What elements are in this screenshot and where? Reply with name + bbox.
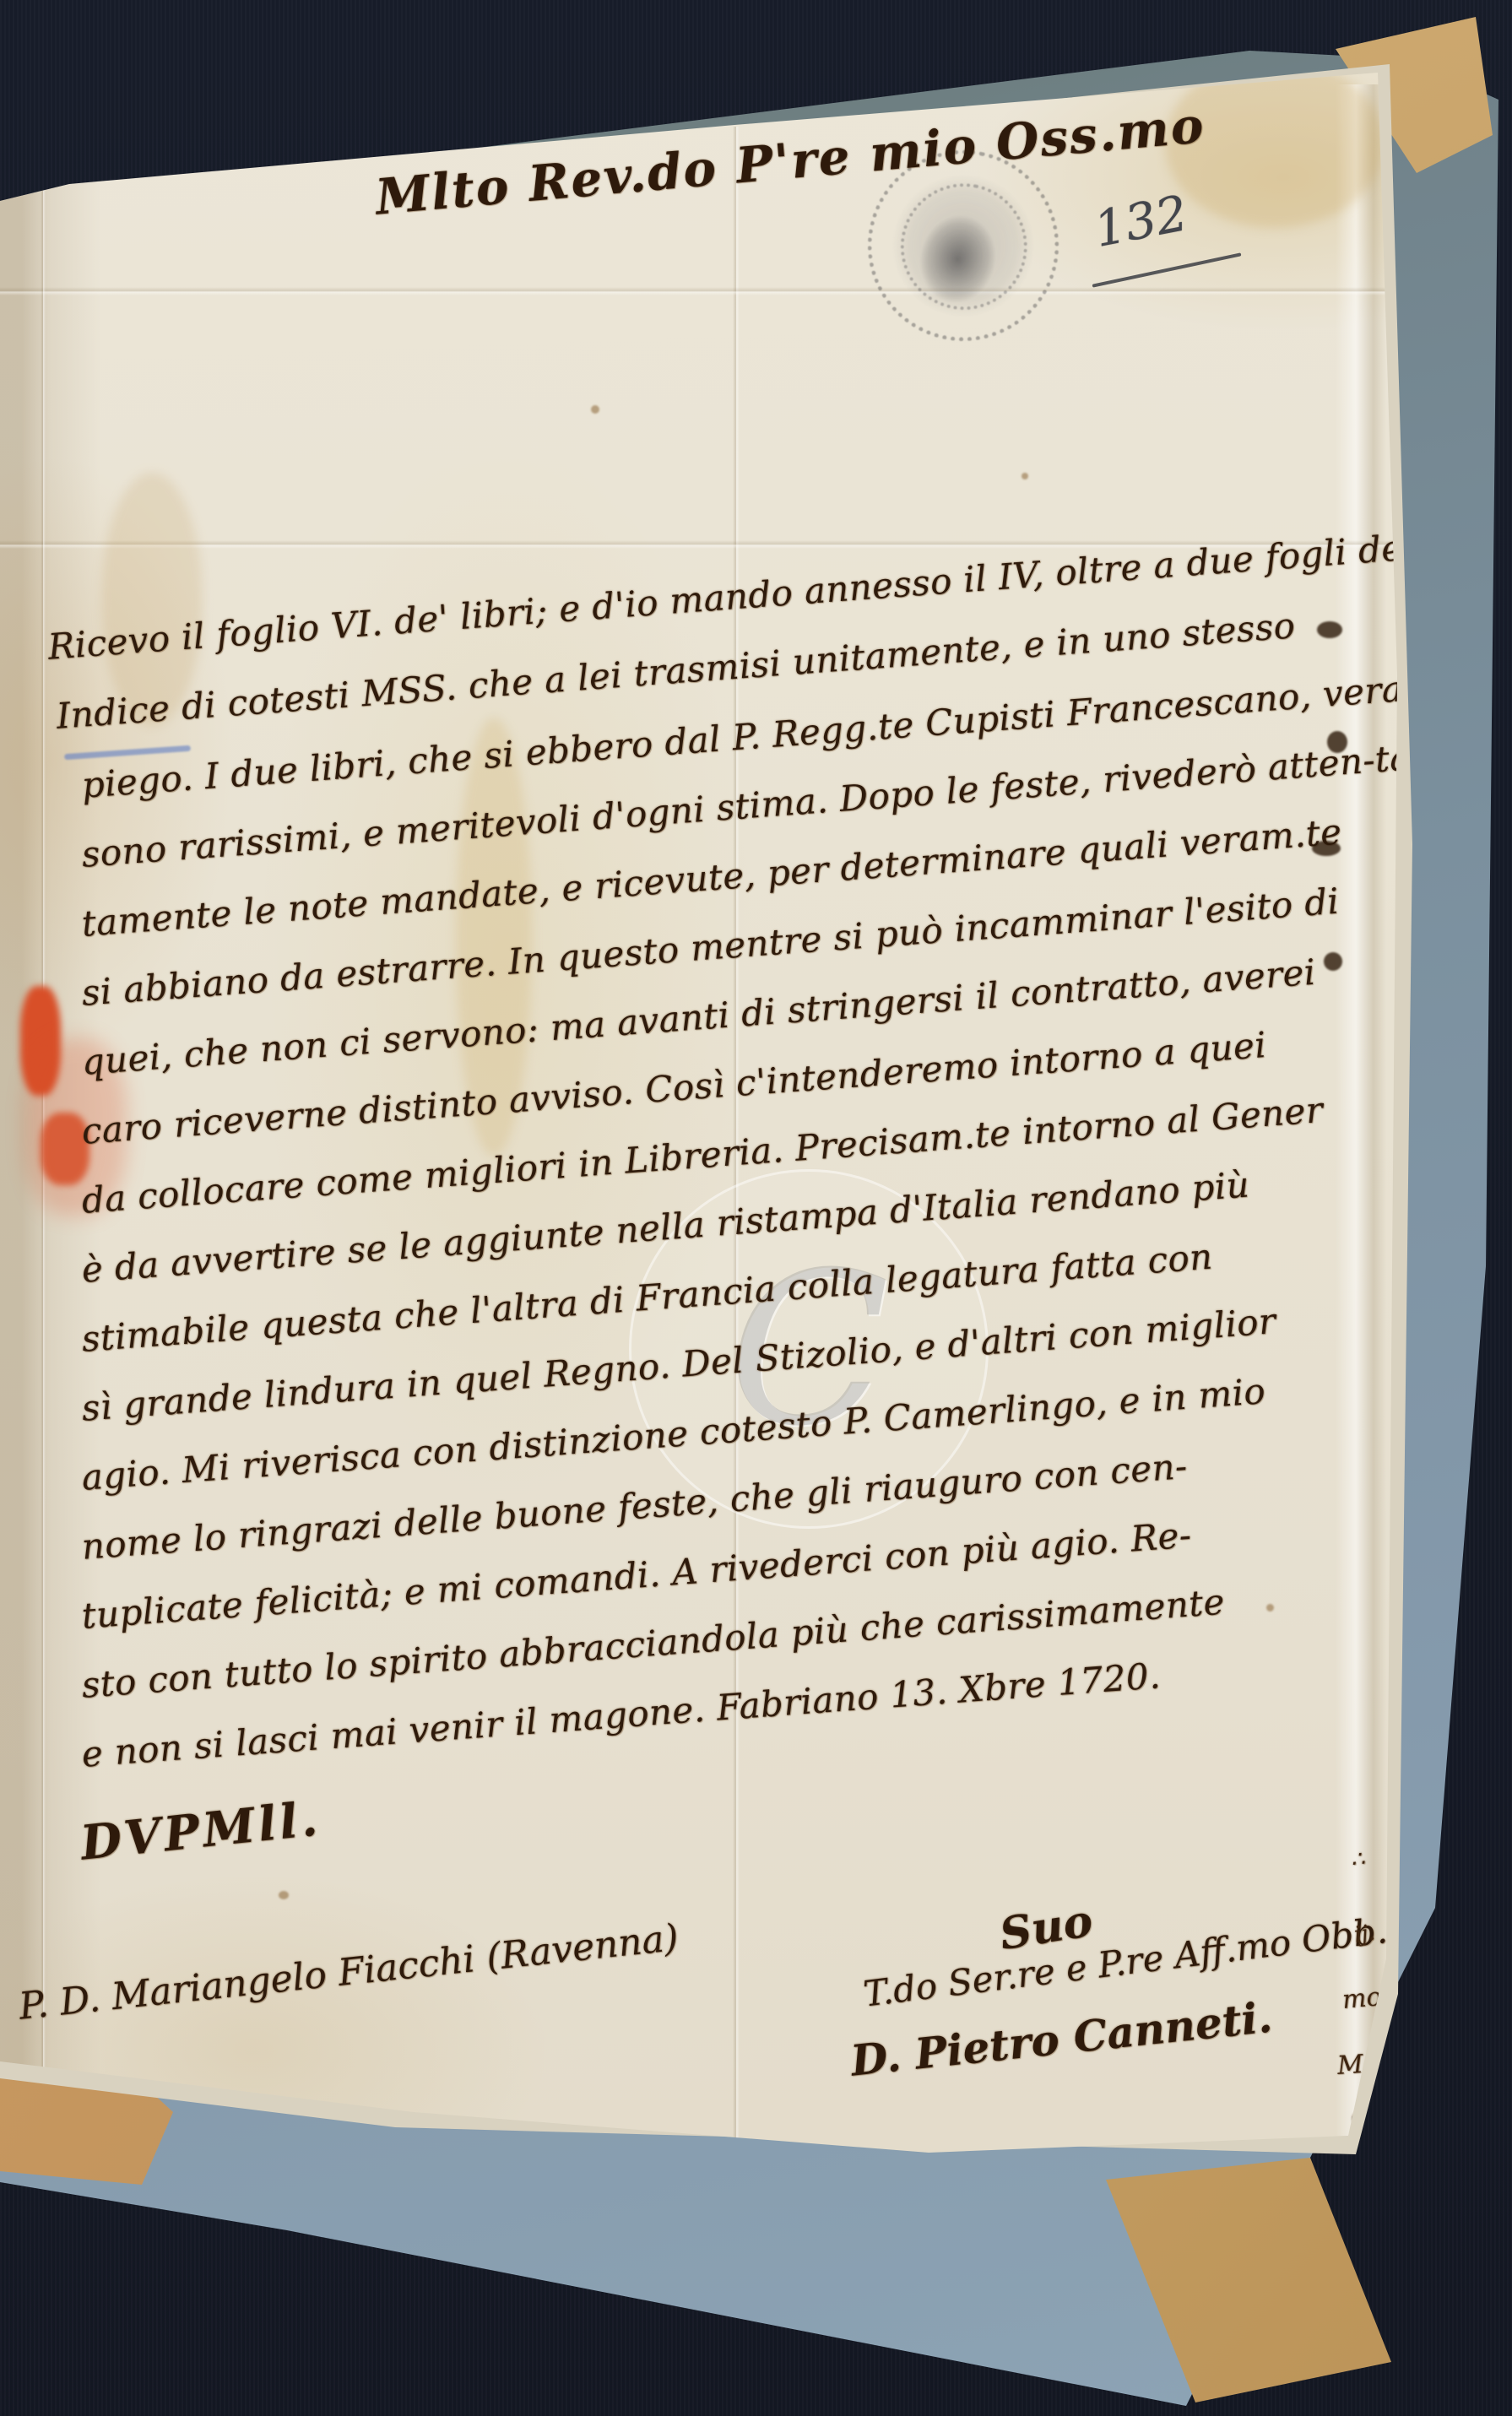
horizontal-crease-upper: [0, 287, 1393, 295]
foxing-speck-3: [279, 1891, 289, 1899]
stamp-inner-ring: [889, 171, 1039, 322]
archive-folio-number: 132: [1090, 184, 1193, 258]
manuscript-page: C 132 Mlto Rev.do P're mio Oss.mo Ricevo…: [0, 0, 1512, 2416]
photographed-manuscript-scene: C 132 Mlto Rev.do P're mio Oss.mo Ricevo…: [0, 0, 1512, 2416]
right-sheet-fold-edge: [1336, 84, 1386, 2136]
addressee-annotation: P. D. Mariangelo Fiacchi (Ravenna): [17, 1916, 680, 2029]
closing-flourish-abbreviation: DVPMll.: [78, 1790, 323, 1871]
margin-fragment-2: ij.: [1352, 1920, 1377, 1947]
foxing-speck-2: [1022, 473, 1028, 479]
archive-number-underline: [1092, 252, 1242, 287]
ink-bleed-blot-1: [1317, 621, 1342, 638]
foxing-speck-1: [591, 405, 599, 414]
margin-fragment-1: ∴: [1349, 1846, 1366, 1873]
ink-bleed-blot-4: [1324, 952, 1342, 971]
ink-bleed-blot-3: [1312, 841, 1341, 856]
foxing-speck-4: [1266, 1604, 1274, 1612]
ink-bleed-blot-2: [1327, 731, 1347, 753]
